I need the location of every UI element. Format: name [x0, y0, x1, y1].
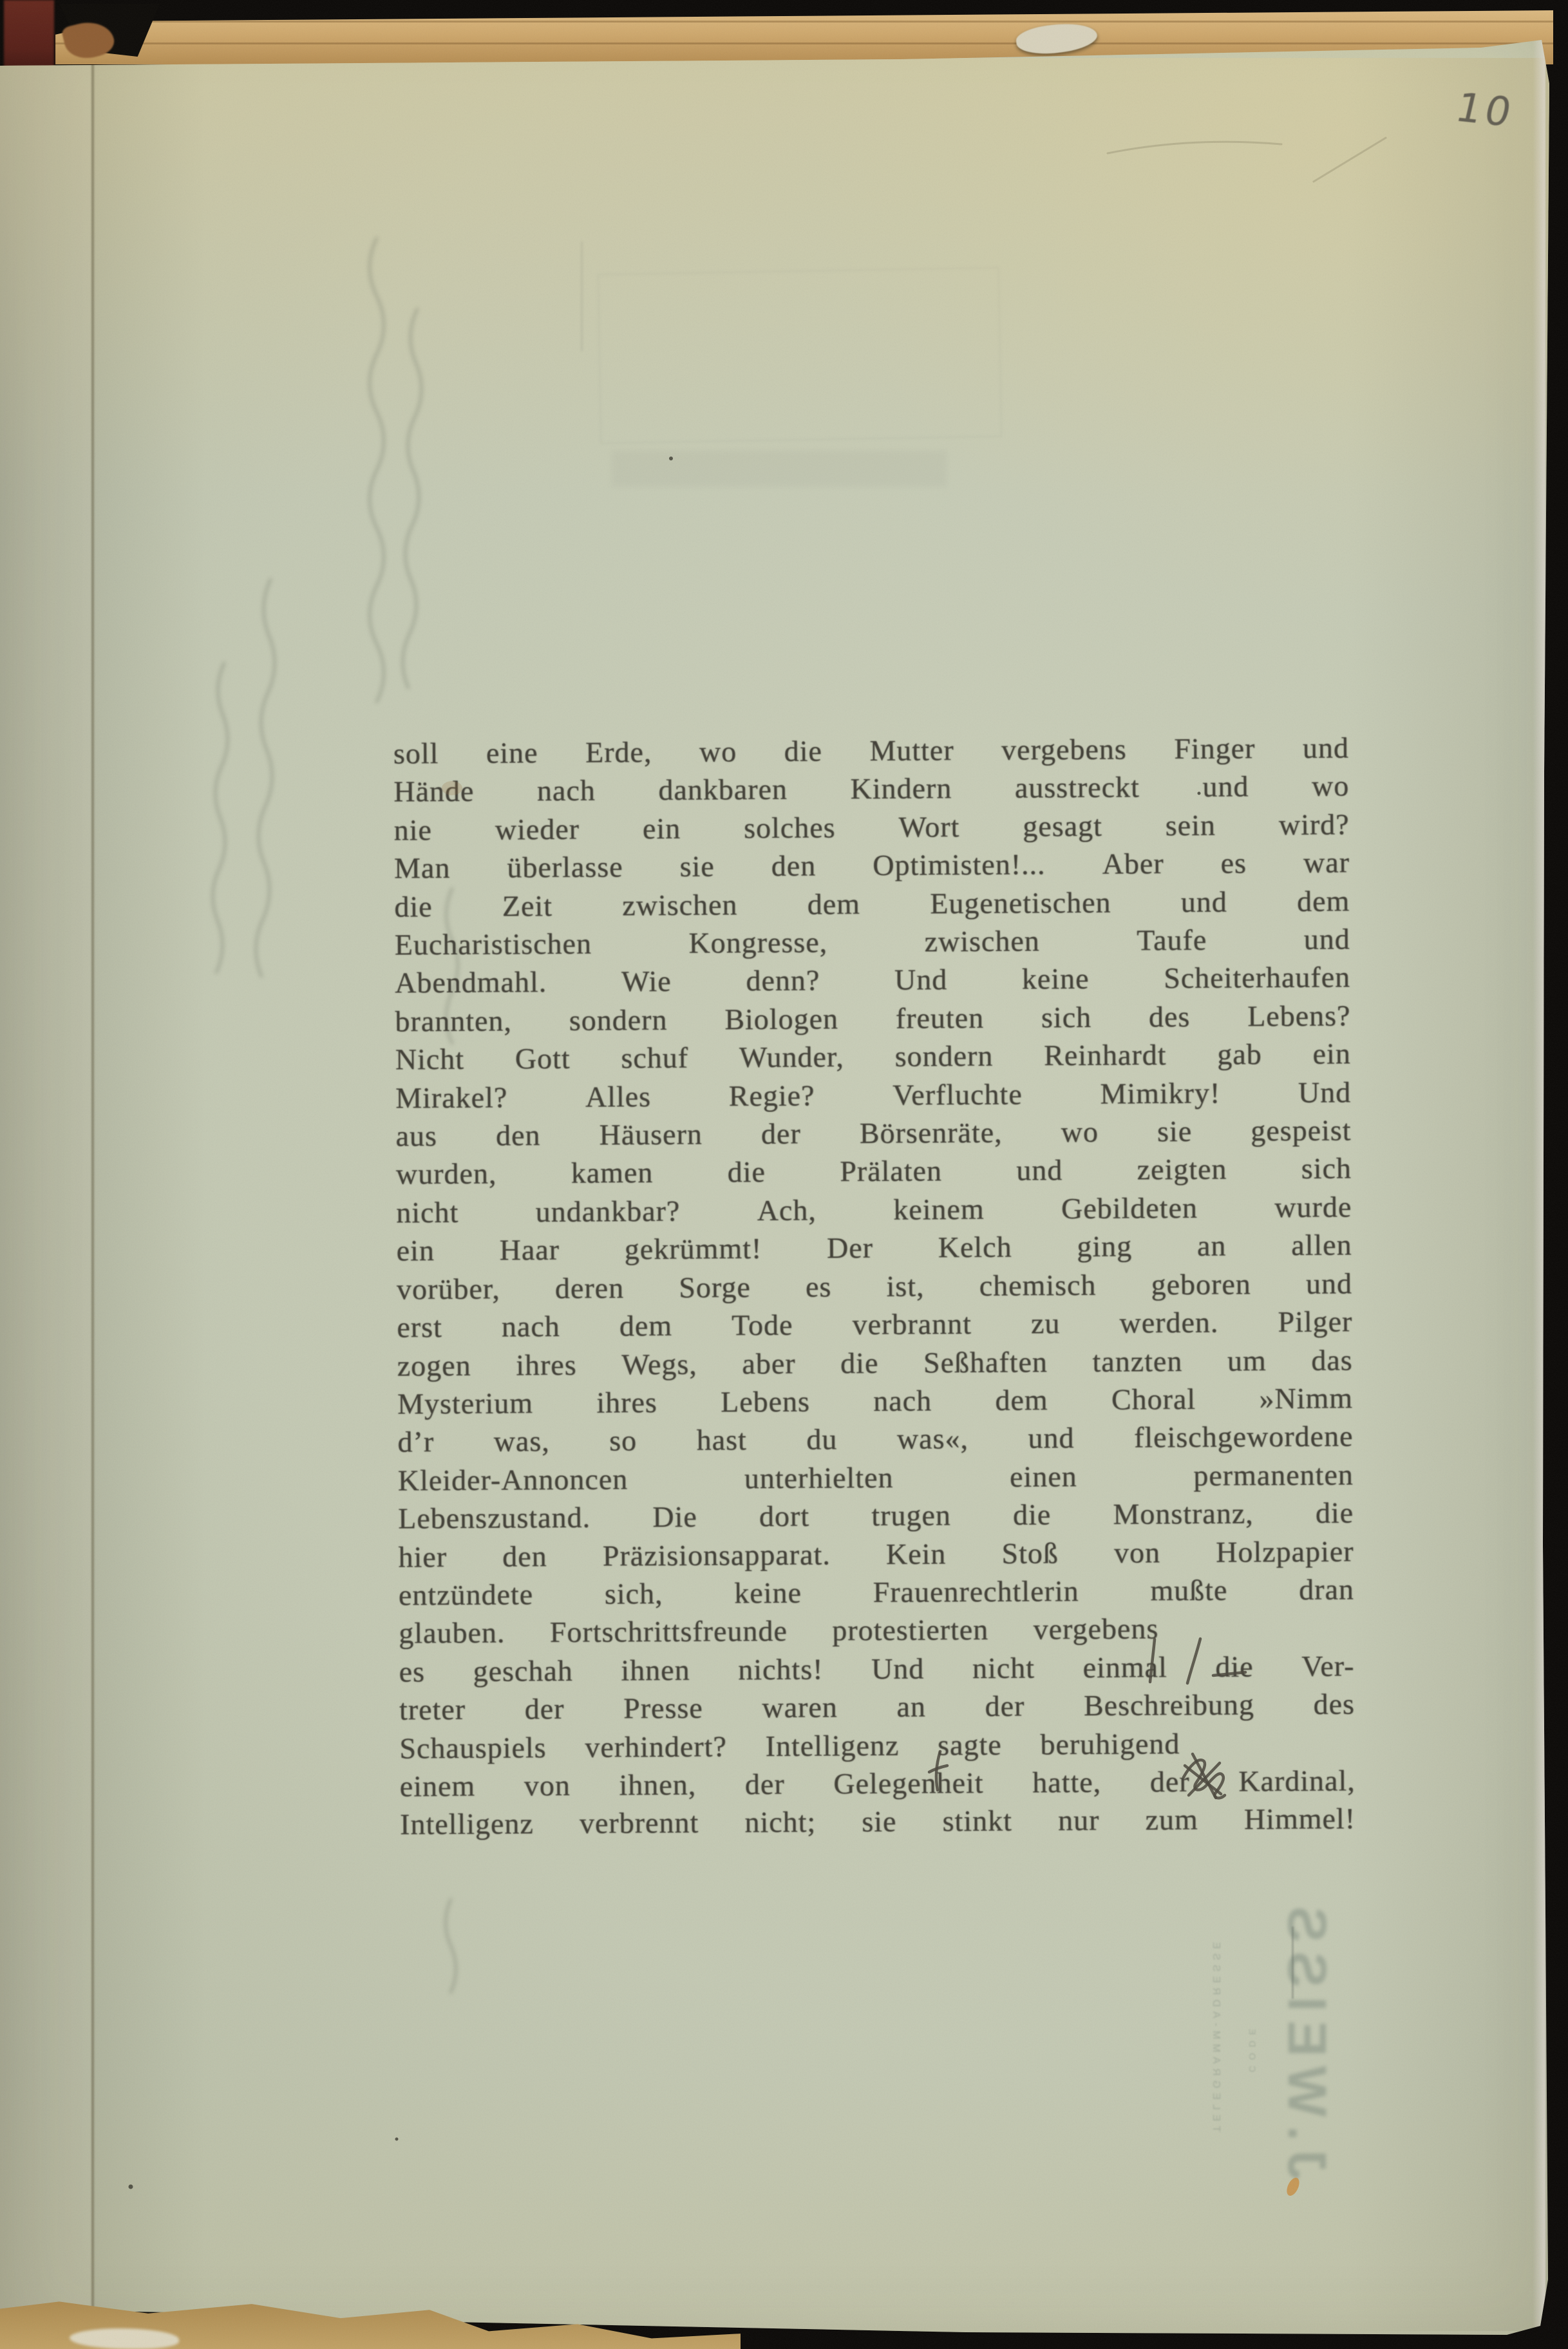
- text-line: einemvonihnen,derGelegenheithatte,derKar…: [400, 1761, 1355, 1805]
- ghost-letterhead-brand: J.WEISS: [1272, 1871, 1343, 2206]
- text-line: einHaargekrümmt!DerKelchginganallen: [396, 1226, 1352, 1270]
- text-line: erstnachdemTodeverbranntzuwerden.Pilger: [397, 1303, 1352, 1346]
- text-line: d’rwas,sohastduwas«,undfleischgewordene: [397, 1417, 1353, 1461]
- text-line: Abendmahl.Wiedenn?UndkeineScheiterhaufen: [395, 958, 1350, 1002]
- text-line: esgeschahihnennichts!UndnichteinmaldieVe…: [399, 1646, 1354, 1690]
- ghost-form-line: [581, 241, 583, 351]
- text-line: NichtGottschufWunder,sondernReinhardtgab…: [395, 1035, 1351, 1079]
- page: J.WEISS TELEGRAMM-ADRESSE CODE solleineE…: [0, 0, 1568, 2349]
- body-text: solleineErde,wodieMuttervergebensFingeru…: [393, 728, 1355, 1844]
- text-line: wurden,kamendiePrälatenundzeigtensich: [396, 1149, 1352, 1193]
- text-line: zogenihresWegs,aberdieSeßhaftentanztenum…: [397, 1341, 1353, 1384]
- text-line: Intelligenzverbrenntnicht;siestinktnurzu…: [400, 1800, 1355, 1844]
- text-line: dieZeitzwischendemEugenetischenunddem: [394, 882, 1350, 925]
- ghost-letterhead-telegram: TELEGRAMM-ADRESSE: [1208, 1900, 1223, 2170]
- text-line: niewiedereinsolchesWortgesagtseinwird?: [393, 805, 1349, 849]
- crease-left-strip: [0, 61, 91, 2312]
- vertical-crease: [91, 61, 94, 2314]
- text-line: Mirakel?AllesRegie?VerfluchteMimikry!Und: [395, 1073, 1351, 1117]
- page-number: 10: [1451, 84, 1519, 136]
- text-line: Kleider-Annoncenunterhielteneinenpermane…: [398, 1455, 1354, 1499]
- text-line: Lebenszustand.DiedorttrugendieMonstranz,…: [398, 1494, 1354, 1538]
- text-line: nichtundankbar?Ach,keinemGebildetenwurde: [396, 1187, 1352, 1231]
- corner-crease-line: [1314, 138, 1386, 182]
- text-line: EucharistischenKongresse,zwischenTaufeun…: [395, 920, 1350, 964]
- text-line: hierdenPräzisionsapparat.KeinStoßvonHolz…: [398, 1532, 1354, 1576]
- text-line: Schauspielsverhindert?Intelligenzsagtebe…: [399, 1724, 1180, 1768]
- page-curvature-shadow: [1346, 58, 1552, 2331]
- ghost-form-band: [612, 451, 947, 487]
- page-edge-highlight: [1533, 40, 1545, 2330]
- ghost-letterhead-code: CODE: [1246, 1900, 1259, 2196]
- text-line: ManüberlassesiedenOptimisten!...Abereswa…: [394, 844, 1350, 887]
- book-scan: J.WEISS TELEGRAMM-ADRESSE CODE solleineE…: [0, 0, 1568, 2349]
- text-line: treterderPressewarenanderBeschreibungdes: [399, 1685, 1355, 1729]
- ghost-letterhead-rule: [1292, 1927, 1294, 1999]
- ghost-form-box: [598, 267, 1003, 444]
- text-line: brannten,sondernBiologenfreutensichdesLe…: [395, 996, 1350, 1040]
- top-crease-arc: [1108, 142, 1281, 153]
- text-line: vorüber,derenSorgeesist,chemischgeborenu…: [397, 1264, 1352, 1308]
- text-line: solleineErde,wodieMuttervergebensFingeru…: [393, 728, 1349, 772]
- text-line: MysteriumihresLebensnachdemChoral»Nimm: [397, 1379, 1353, 1422]
- ink-speck: [395, 2138, 399, 2141]
- text-line: HändenachdankbarenKindernausstrecktundwo: [393, 767, 1349, 811]
- text-line: ausdenHäusernderBörsenräte,wosiegespeist: [395, 1111, 1351, 1155]
- text-line: entzündetesich,keineFrauenrechtlerinmußt…: [399, 1570, 1354, 1614]
- text-line: glauben.Fortschrittsfreundeprotestierten…: [399, 1610, 1158, 1653]
- ink-speck: [129, 2185, 133, 2189]
